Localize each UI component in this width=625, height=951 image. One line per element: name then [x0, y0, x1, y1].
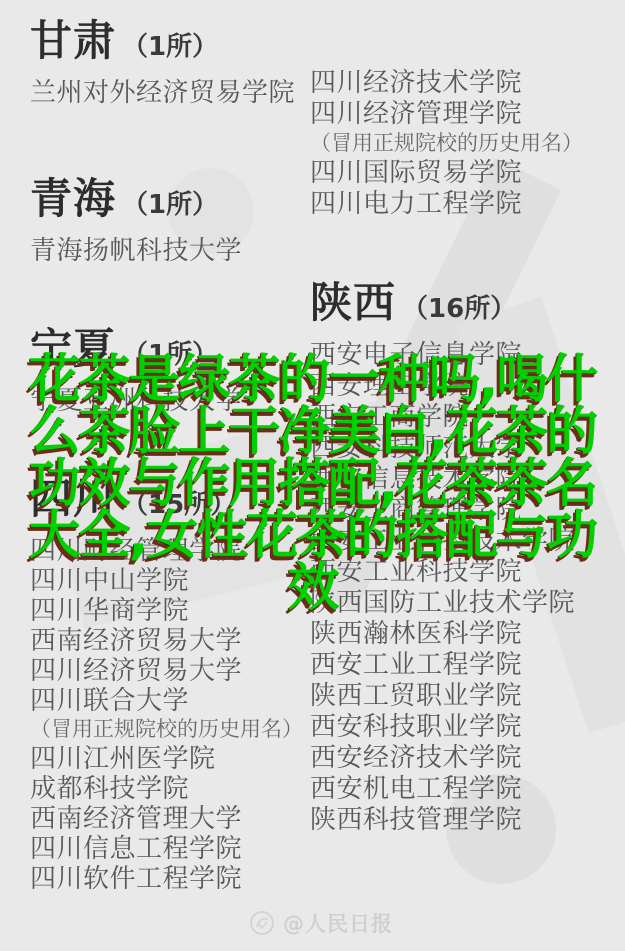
school-item: 四川软件工程学院 — [30, 864, 310, 894]
school-item: 四川联合大学 — [30, 686, 310, 716]
school-item: 陕西国防工业技术学院 — [310, 588, 625, 619]
province-count: （15所） — [122, 480, 236, 530]
school-item: 四川经济贸易大学 — [30, 656, 310, 686]
province-header: 甘肃（1所） — [30, 16, 310, 66]
school-item: 宁夏亚洲科技大学 — [30, 386, 310, 416]
school-item: 四川经济管理学院 — [310, 99, 625, 130]
school-item: 西安科技职业学院 — [310, 712, 625, 743]
school-list: 西安电子信息学院西安理工学院西安工商学院西安科技师范大学西安信息技术学院西安工商… — [310, 340, 625, 836]
province-count: （16所） — [402, 284, 516, 334]
school-list: 四川财经管理学院四川中山学院四川华商学院西南经济贸易大学四川经济贸易大学四川联合… — [30, 536, 310, 894]
province-section: 陕西（16所）西安电子信息学院西安理工学院西安工商学院西安科技师范大学西安信息技… — [310, 278, 625, 836]
school-item: 四川电力工程学院 — [310, 189, 625, 220]
school-item: 陕西瀚林医科学院 — [310, 619, 625, 650]
school-item: 西安经济技术学院 — [310, 743, 625, 774]
province-section: 四川经济技术学院四川经济管理学院（冒用正规院校的历史用名）四川国际贸易学院四川电… — [310, 68, 625, 220]
school-item: 四川江州医学院 — [30, 744, 310, 774]
province-header: 陕西（16所） — [310, 278, 625, 328]
school-item: 西南经济贸易大学 — [30, 626, 310, 656]
school-item: 四川财经管理学院 — [30, 536, 310, 566]
school-item: 四川国际贸易学院 — [310, 158, 625, 189]
province-section: 甘肃（1所）兰州对外经济贸易学院 — [30, 16, 310, 108]
school-item: 西安科技师范大学 — [310, 433, 625, 464]
school-item: 成都科技学院 — [30, 774, 310, 804]
school-item: 青海扬帆科技大学 — [30, 236, 310, 266]
school-item: 西安机电工程学院 — [310, 774, 625, 805]
province-name: 陕西 — [310, 278, 396, 328]
school-item: 兰州对外经济贸易学院 — [30, 78, 310, 108]
school-item: 四川信息工程学院 — [30, 834, 310, 864]
province-header: 四川（15所） — [30, 474, 310, 524]
right-column: 四川经济技术学院四川经济管理学院（冒用正规院校的历史用名）四川国际贸易学院四川电… — [310, 68, 625, 836]
school-item: 西安工业工程学院 — [310, 650, 625, 681]
province-count: （1所） — [122, 180, 218, 230]
province-count: （1所） — [122, 330, 218, 380]
province-name: 青海 — [30, 174, 116, 224]
school-list: 四川经济技术学院四川经济管理学院（冒用正规院校的历史用名）四川国际贸易学院四川电… — [310, 68, 625, 220]
left-column: 甘肃（1所）兰州对外经济贸易学院青海（1所）青海扬帆科技大学宁夏（1所）宁夏亚洲… — [30, 16, 310, 894]
peoples-daily-logo-icon — [248, 909, 276, 937]
school-item: 西安工商学院 — [310, 402, 625, 433]
school-list: 青海扬帆科技大学 — [30, 236, 310, 266]
province-name: 宁夏 — [30, 324, 116, 374]
school-list: 兰州对外经济贸易学院 — [30, 78, 310, 108]
province-section: 宁夏（1所）宁夏亚洲科技大学 — [30, 324, 310, 416]
school-item: 西安工商管理学院 — [310, 495, 625, 526]
school-item: 西安理工学院 — [310, 371, 625, 402]
school-item: 四川中山学院 — [30, 566, 310, 596]
weibo-watermark: @人民日报 — [248, 908, 393, 938]
province-header: 宁夏（1所） — [30, 324, 310, 374]
school-item: 四川经济技术学院 — [310, 68, 625, 99]
school-item: 西南经济管理大学 — [30, 804, 310, 834]
school-item: 西安信息技术学院 — [310, 464, 625, 495]
school-item: 西安工业科技技术学院 — [310, 526, 625, 557]
school-item: 西安工业科技学院 — [310, 557, 625, 588]
province-section: 四川（15所）四川财经管理学院四川中山学院四川华商学院西南经济贸易大学四川经济贸… — [30, 474, 310, 894]
school-note: （冒用正规院校的历史用名） — [30, 716, 310, 742]
page: { "overlay": { "lines": [ "花茶是绿茶的一种吗,喝什"… — [0, 0, 625, 951]
school-list: 宁夏亚洲科技大学 — [30, 386, 310, 416]
school-note: （冒用正规院校的历史用名） — [310, 130, 625, 156]
watermark-handle: @人民日报 — [283, 908, 393, 938]
province-name: 甘肃 — [30, 16, 116, 66]
province-header: 青海（1所） — [30, 174, 310, 224]
province-section: 青海（1所）青海扬帆科技大学 — [30, 174, 310, 266]
school-item: 陕西工贸职业学院 — [310, 681, 625, 712]
province-count: （1所） — [122, 22, 218, 72]
school-item: 西安电子信息学院 — [310, 340, 625, 371]
school-item: 陕西科技管理学院 — [310, 805, 625, 836]
province-name: 四川 — [30, 474, 116, 524]
school-item: 四川华商学院 — [30, 596, 310, 626]
